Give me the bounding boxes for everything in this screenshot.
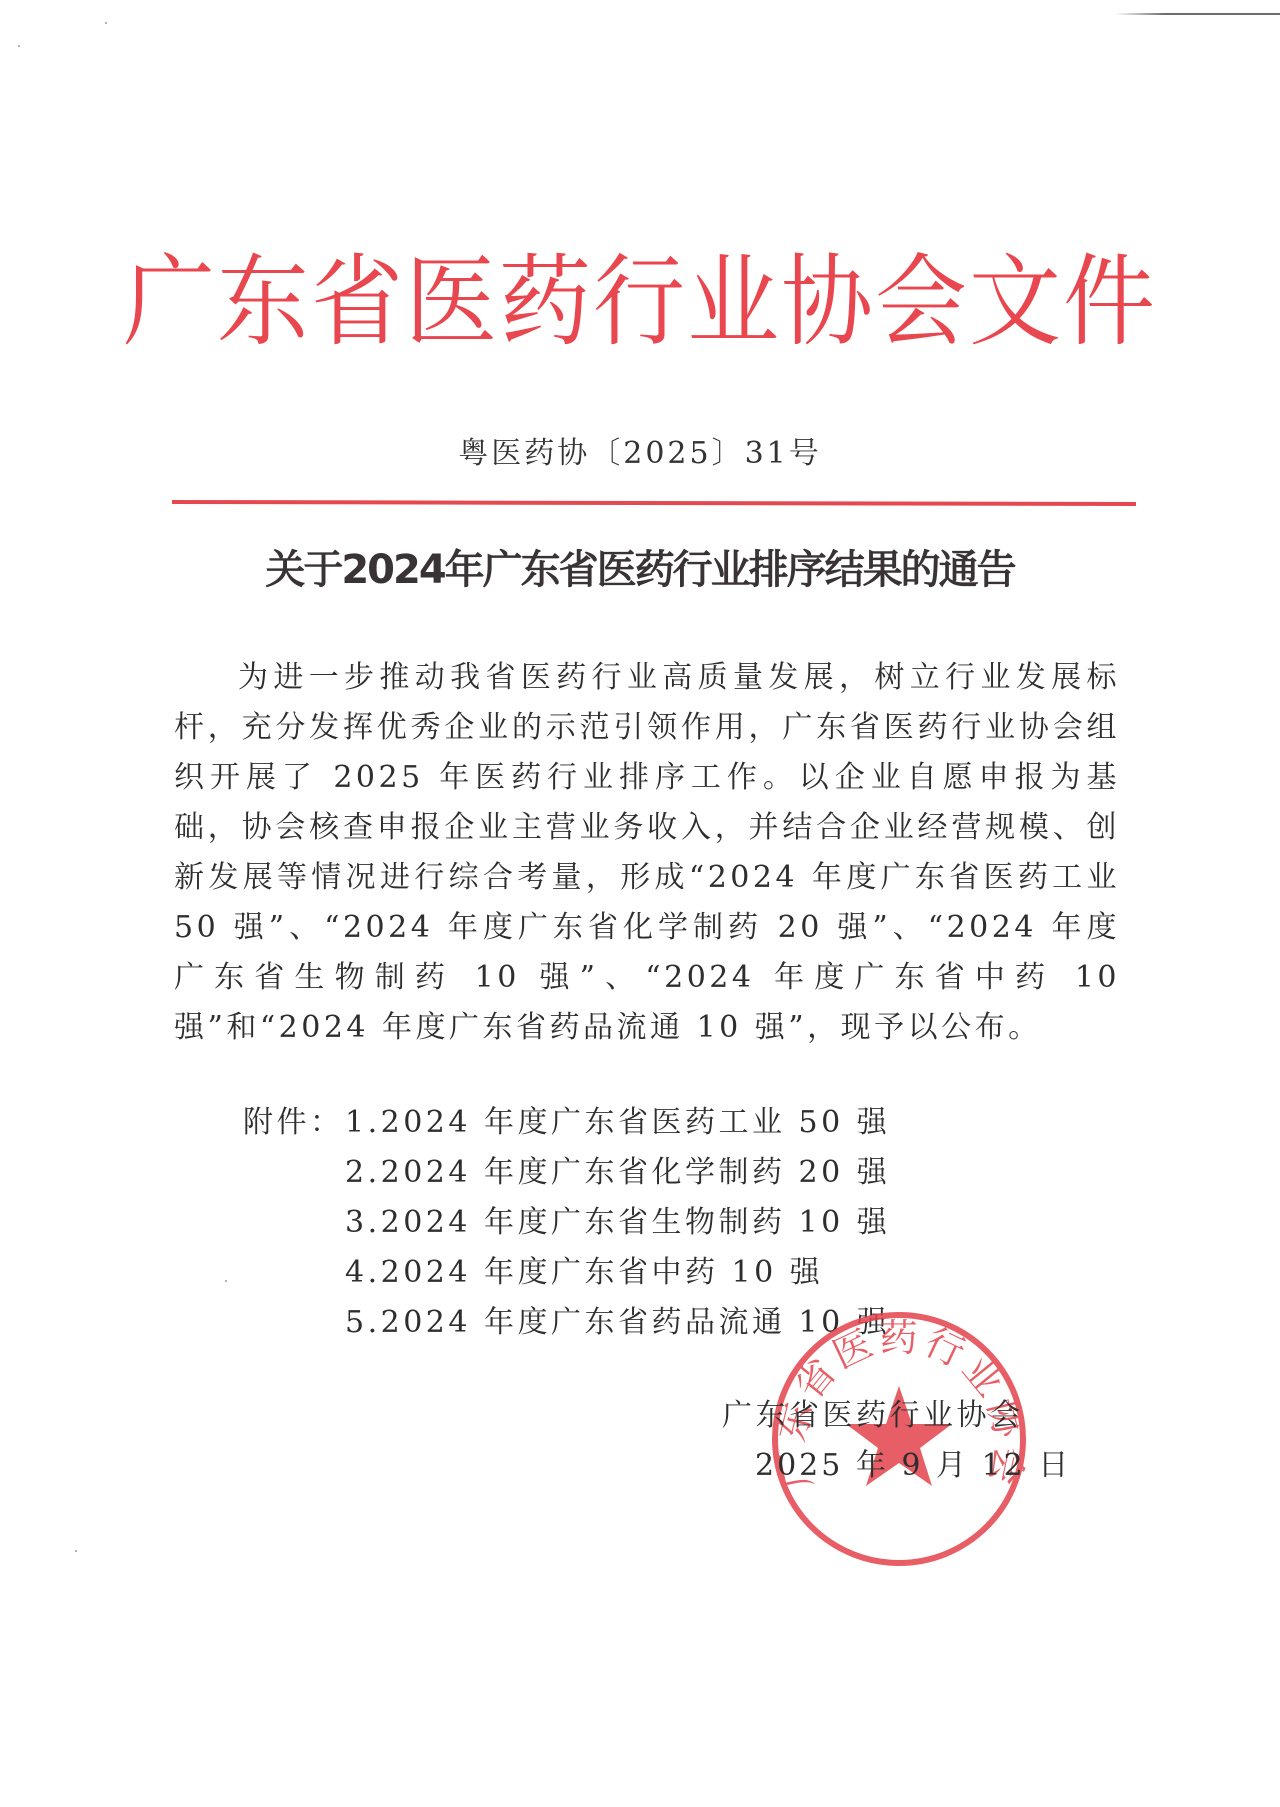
attachment-item: 4.2024 年度广东省中药 10 强: [345, 1248, 823, 1298]
attachment-item: 3.2024 年度广东省生物制药 10 强: [345, 1198, 890, 1248]
attachment-item: 2.2024 年度广东省化学制药 20 强: [345, 1148, 890, 1198]
issuer-signature: 广东省医药行业协会: [722, 1390, 1024, 1434]
notice-title: 关于2024年广东省医药行业排序结果的通告: [0, 538, 1280, 595]
attachments-label: 附件：: [243, 1098, 345, 1148]
scan-speck: [18, 45, 20, 47]
attachment-row: 4.2024 年度广东省中药 10 强: [243, 1248, 890, 1298]
issue-date: 2025 年 9 月 12 日: [755, 1440, 1071, 1484]
scan-speck: [105, 22, 107, 24]
attachment-row: 3.2024 年度广东省生物制药 10 强: [243, 1198, 890, 1248]
document-number: 粤医药协〔2025〕31号: [0, 428, 1280, 472]
document-masthead: 广东省医药行业协会文件: [0, 223, 1280, 366]
scan-artifact-line: [1115, 13, 1280, 15]
attachment-item: 1.2024 年度广东省医药工业 50 强: [345, 1098, 890, 1148]
scan-speck: [75, 1550, 77, 1552]
notice-body: 为进一步推动我省医药行业高质量发展，树立行业发展标杆，充分发挥优秀企业的示范引领…: [174, 653, 1120, 1053]
attachment-row: 附件： 1.2024 年度广东省医药工业 50 强: [243, 1098, 890, 1148]
scan-speck: [225, 1280, 227, 1282]
official-seal-stamp: 广东省医药行业协会: [768, 1308, 1030, 1570]
red-divider-rule: [172, 500, 1136, 506]
attachment-row: 2.2024 年度广东省化学制药 20 强: [243, 1148, 890, 1198]
